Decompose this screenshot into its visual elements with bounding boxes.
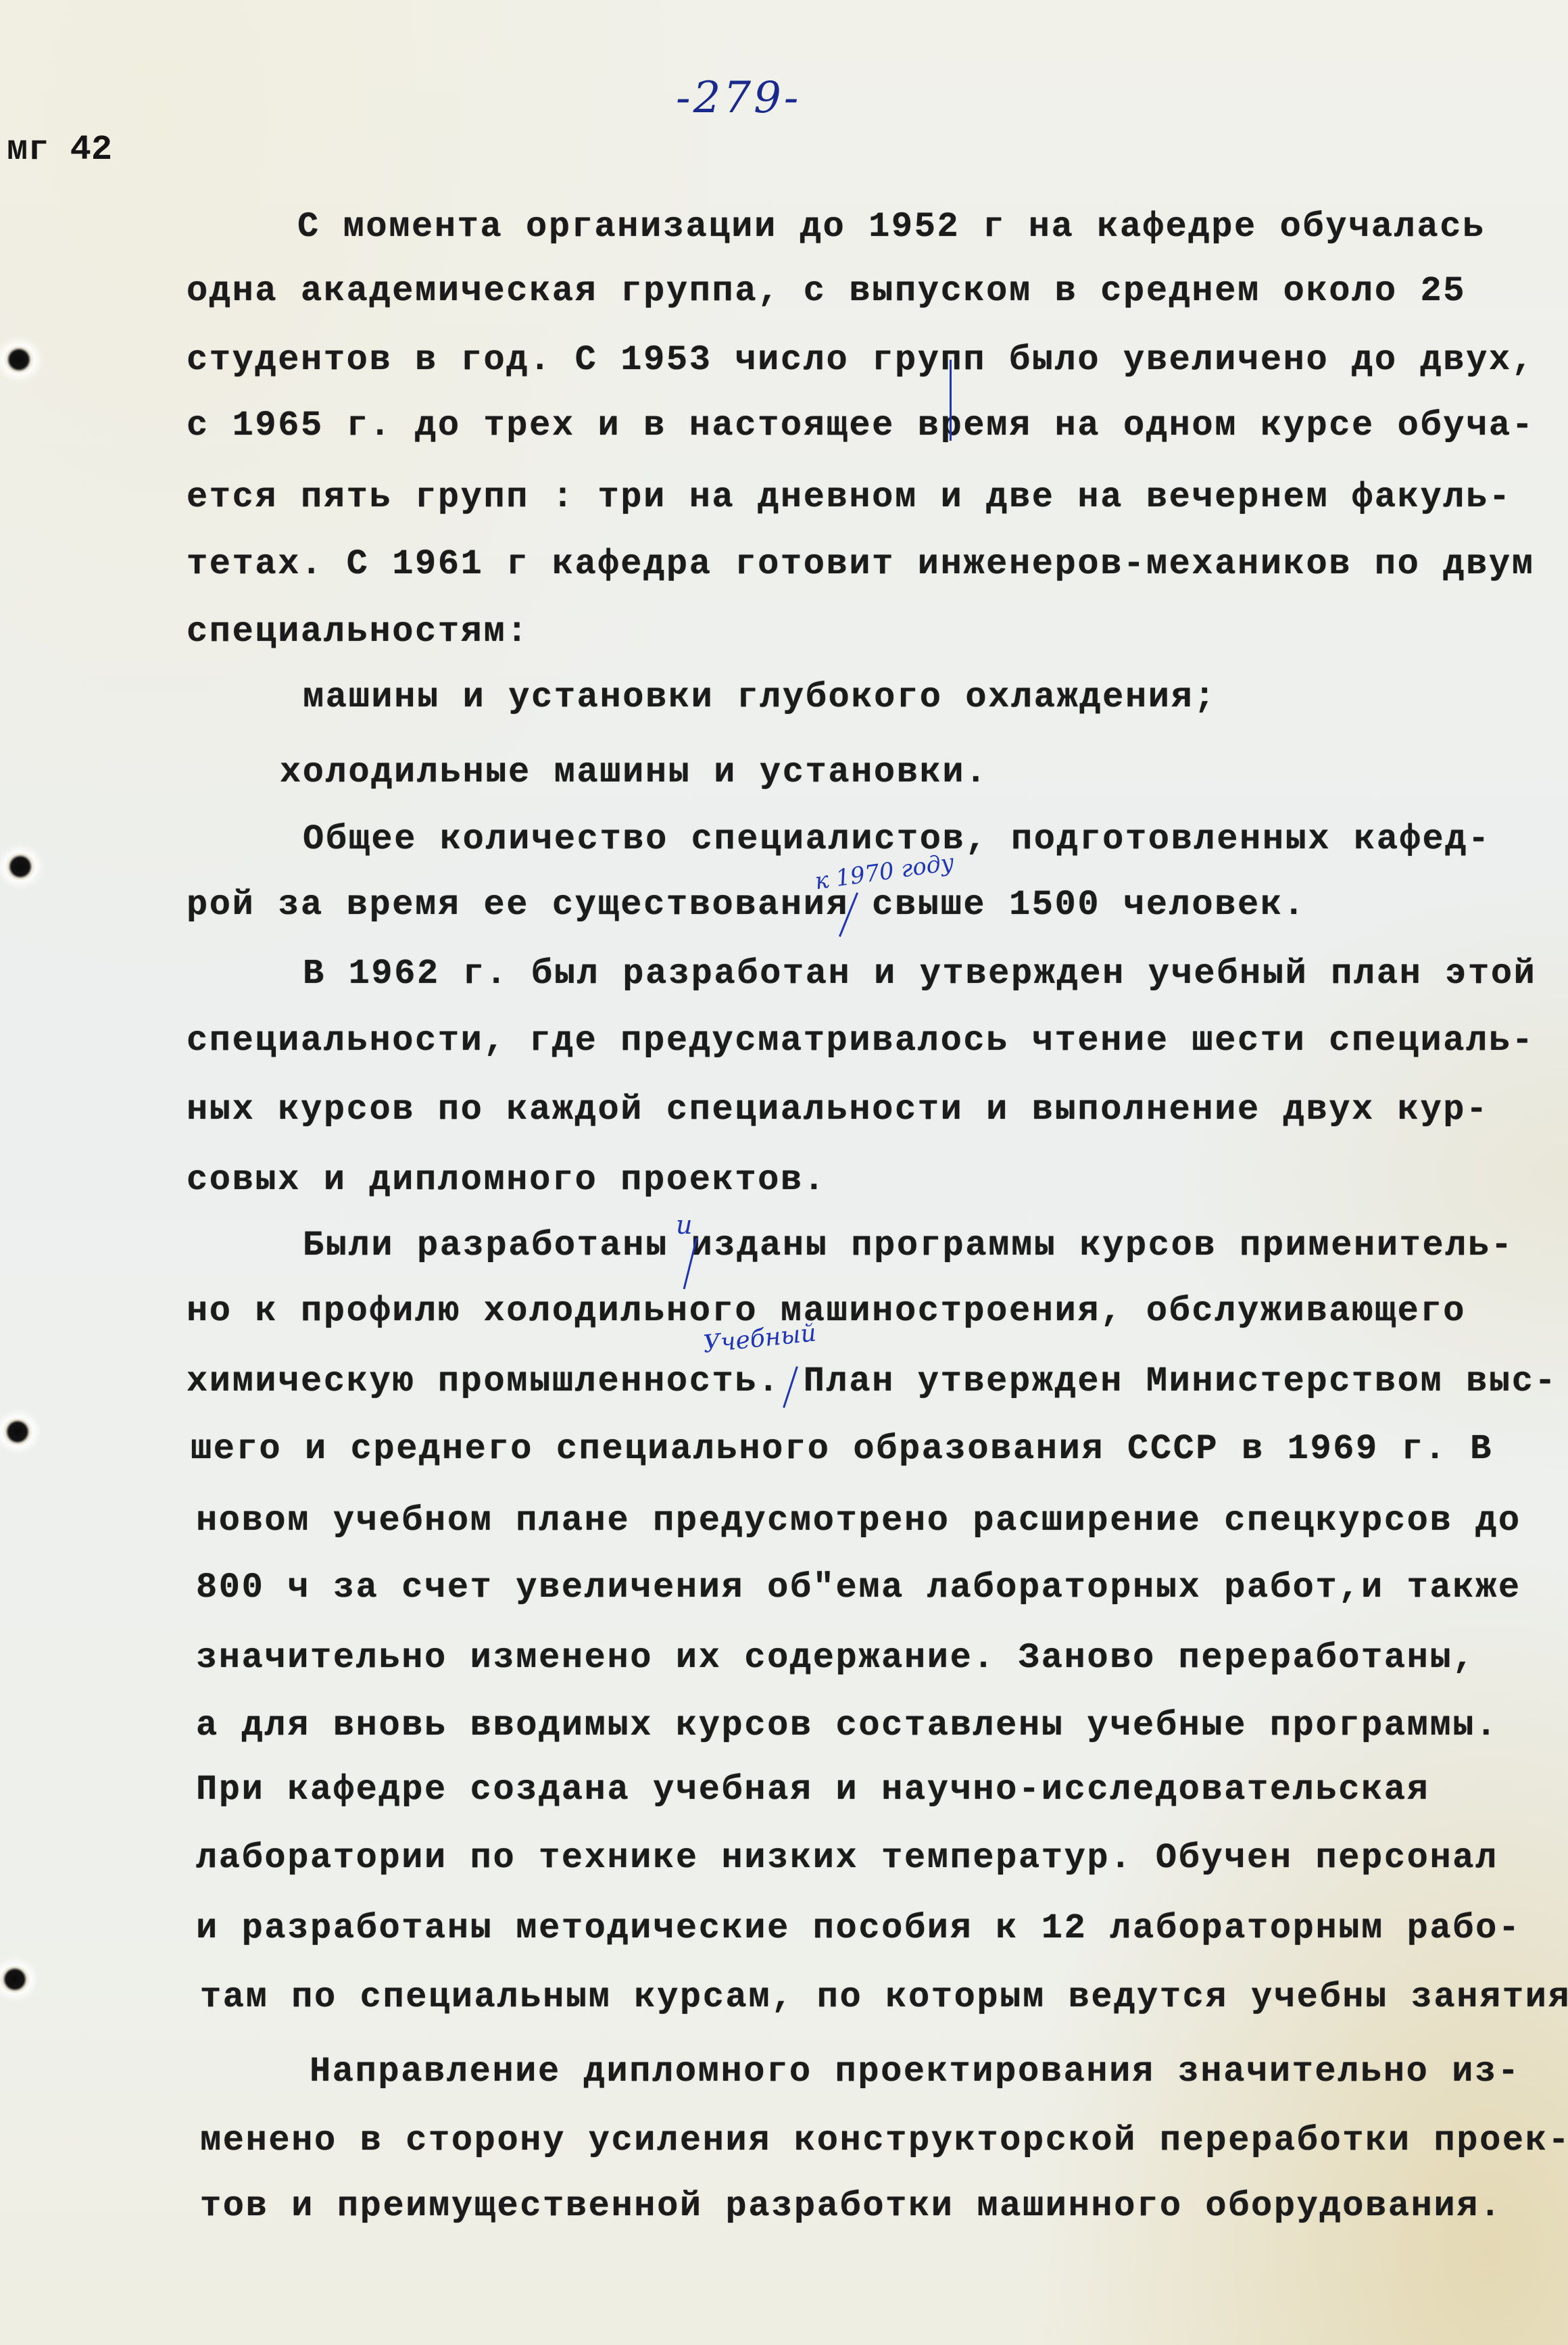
- text-line: ется пять групп : три на дневном и две н…: [187, 477, 1512, 518]
- list-item: холодильные машины и установки.: [280, 752, 988, 793]
- punch-hole: [0, 1966, 30, 1993]
- text-line: Были разработаны изданы программы курсов…: [303, 1226, 1514, 1266]
- archive-code: мг 42: [7, 130, 112, 170]
- text-line: рой за время ее существования свыше 1500…: [187, 885, 1306, 925]
- text-line: химическую промышленность. План утвержде…: [187, 1361, 1557, 1402]
- text-line: Общее количество специалистов, подготовл…: [303, 819, 1491, 860]
- text-line: менено в сторону усиления конструкторско…: [200, 2121, 1568, 2161]
- text-line: шего и среднего специального образования…: [191, 1429, 1493, 1470]
- text-line: С момента организации до 1952 г на кафед…: [297, 207, 1486, 247]
- punch-hole: [4, 346, 34, 373]
- text-line: совых и дипломного проектов.: [187, 1160, 827, 1201]
- text-line: с 1965 г. до трех и в настоящее время на…: [187, 406, 1535, 446]
- punch-hole: [5, 853, 35, 880]
- text-line: При кафедре создана учебная и научно-исс…: [196, 1770, 1429, 1810]
- text-line: 800 ч за счет увеличения об"ема лаборато…: [196, 1568, 1521, 1608]
- list-item: машины и установки глубокого охлаждения;: [303, 677, 1217, 718]
- text-line: специальности, где предусматривалось чте…: [187, 1021, 1535, 1061]
- text-line: В 1962 г. был разработан и утвержден уче…: [303, 954, 1536, 994]
- text-line: лаборатории по технике низких температур…: [196, 1838, 1498, 1879]
- text-line: а для вновь вводимых курсов составлены у…: [196, 1706, 1498, 1746]
- punch-hole: [3, 1418, 32, 1445]
- text-line: но к профилю холодильного машиностроения…: [187, 1291, 1466, 1332]
- text-line: Направление дипломного проектирования зн…: [310, 2052, 1521, 2092]
- text-line: специальностям:: [187, 612, 529, 652]
- text-line: одна академическая группа, с выпуском в …: [187, 271, 1466, 312]
- text-line: там по специальным курсам, по которым ве…: [200, 1977, 1568, 2018]
- handwritten-conjunction-insert: и: [676, 1210, 692, 1240]
- correction-mark: [950, 360, 952, 441]
- text-line: студентов в год. С 1953 число групп было…: [187, 340, 1535, 381]
- text-line: и разработаны методические пособия к 12 …: [196, 1908, 1521, 1949]
- text-line: новом учебном плане предусмотрено расшир…: [196, 1501, 1521, 1541]
- text-line: значительно изменено их содержание. Зано…: [196, 1638, 1475, 1678]
- text-line: ных курсов по каждой специальности и вып…: [187, 1090, 1489, 1130]
- text-line: тов и преимущественной разработки машинн…: [200, 2186, 1502, 2227]
- text-line: тетах. С 1961 г кафедра готовит инженеро…: [187, 544, 1535, 585]
- page-number: -279-: [676, 73, 801, 123]
